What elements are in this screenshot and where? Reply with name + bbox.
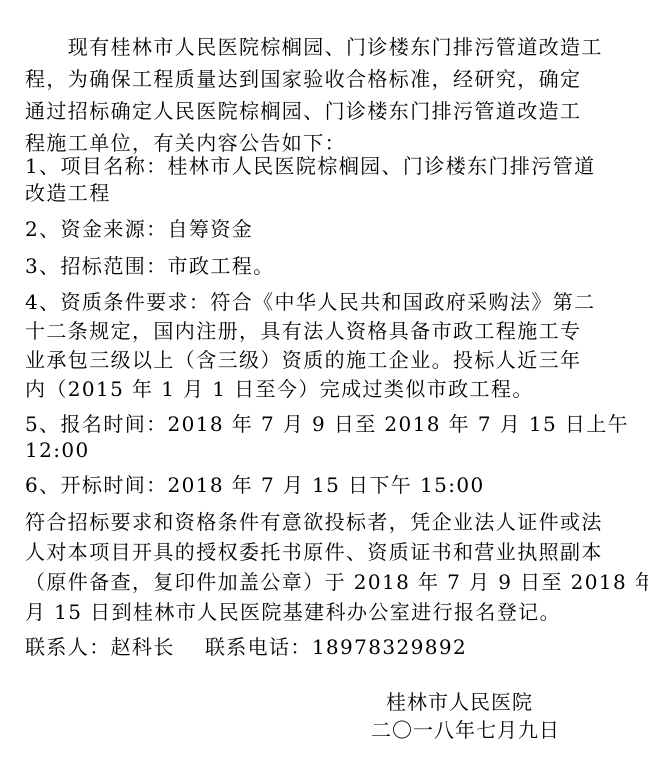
contact-person: 赵科长 [111,635,175,659]
contact-person-label: 联系人： [25,635,111,659]
registration-line: （原件备查，复印件加盖公章）于 2018 年 7 月 9 日至 2018 年 7 [25,570,648,594]
registration-line: 人对本项目开具的授权委托书原件、资质证书和营业执照副本 [25,540,603,564]
intro-line: 通过招标确定人民医院棕榈园、门诊楼东门排污管道改造工 [25,99,581,123]
item-line: 4、资质条件要求：符合《中华人民共和国政府采购法》第二 [25,290,596,314]
item-line: 12:00 [25,438,90,462]
item-line: 改造工程 [25,181,111,205]
contact-line: 联系人：赵科长联系电话：18978329892 [25,635,467,659]
contact-phone: 18978329892 [312,635,467,659]
registration-line: 月 15 日到桂林市人民医院基建科办公室进行报名登记。 [25,600,561,624]
item-line: 2、资金来源：自筹资金 [25,217,253,241]
signature-date: 二〇一八年七月九日 [371,718,560,742]
intro-line: 程施工单位，有关内容公告如下： [25,131,346,155]
item-line: 内（2015 年 1 月 1 日至今）完成过类似市政工程。 [25,377,534,401]
item-line: 业承包三级以上（含三级）资质的施工企业。投标人近三年 [25,348,581,372]
item-line: 1、项目名称：桂林市人民医院棕榈园、门诊楼东门排污管道 [25,154,596,178]
item-line: 6、开标时间：2018 年 7 月 15 日下午 15:00 [25,473,485,497]
contact-phone-label: 联系电话： [205,635,312,659]
registration-line: 符合招标要求和资格条件有意欲投标者，凭企业法人证件或法 [25,510,603,534]
item-line: 3、招标范围：市政工程。 [25,254,275,278]
intro-line: 程，为确保工程质量达到国家验收合格标准，经研究，确定 [25,67,581,91]
signature-organization: 桂林市人民医院 [386,690,533,714]
intro-line: 现有桂林市人民医院棕榈园、门诊楼东门排污管道改造工 [25,35,603,59]
item-line: 十二条规定，国内注册，具有法人资格具备市政工程施工专 [25,319,581,343]
item-line: 5、报名时间：2018 年 7 月 9 日至 2018 年 7 月 15 日上午 [25,412,629,436]
